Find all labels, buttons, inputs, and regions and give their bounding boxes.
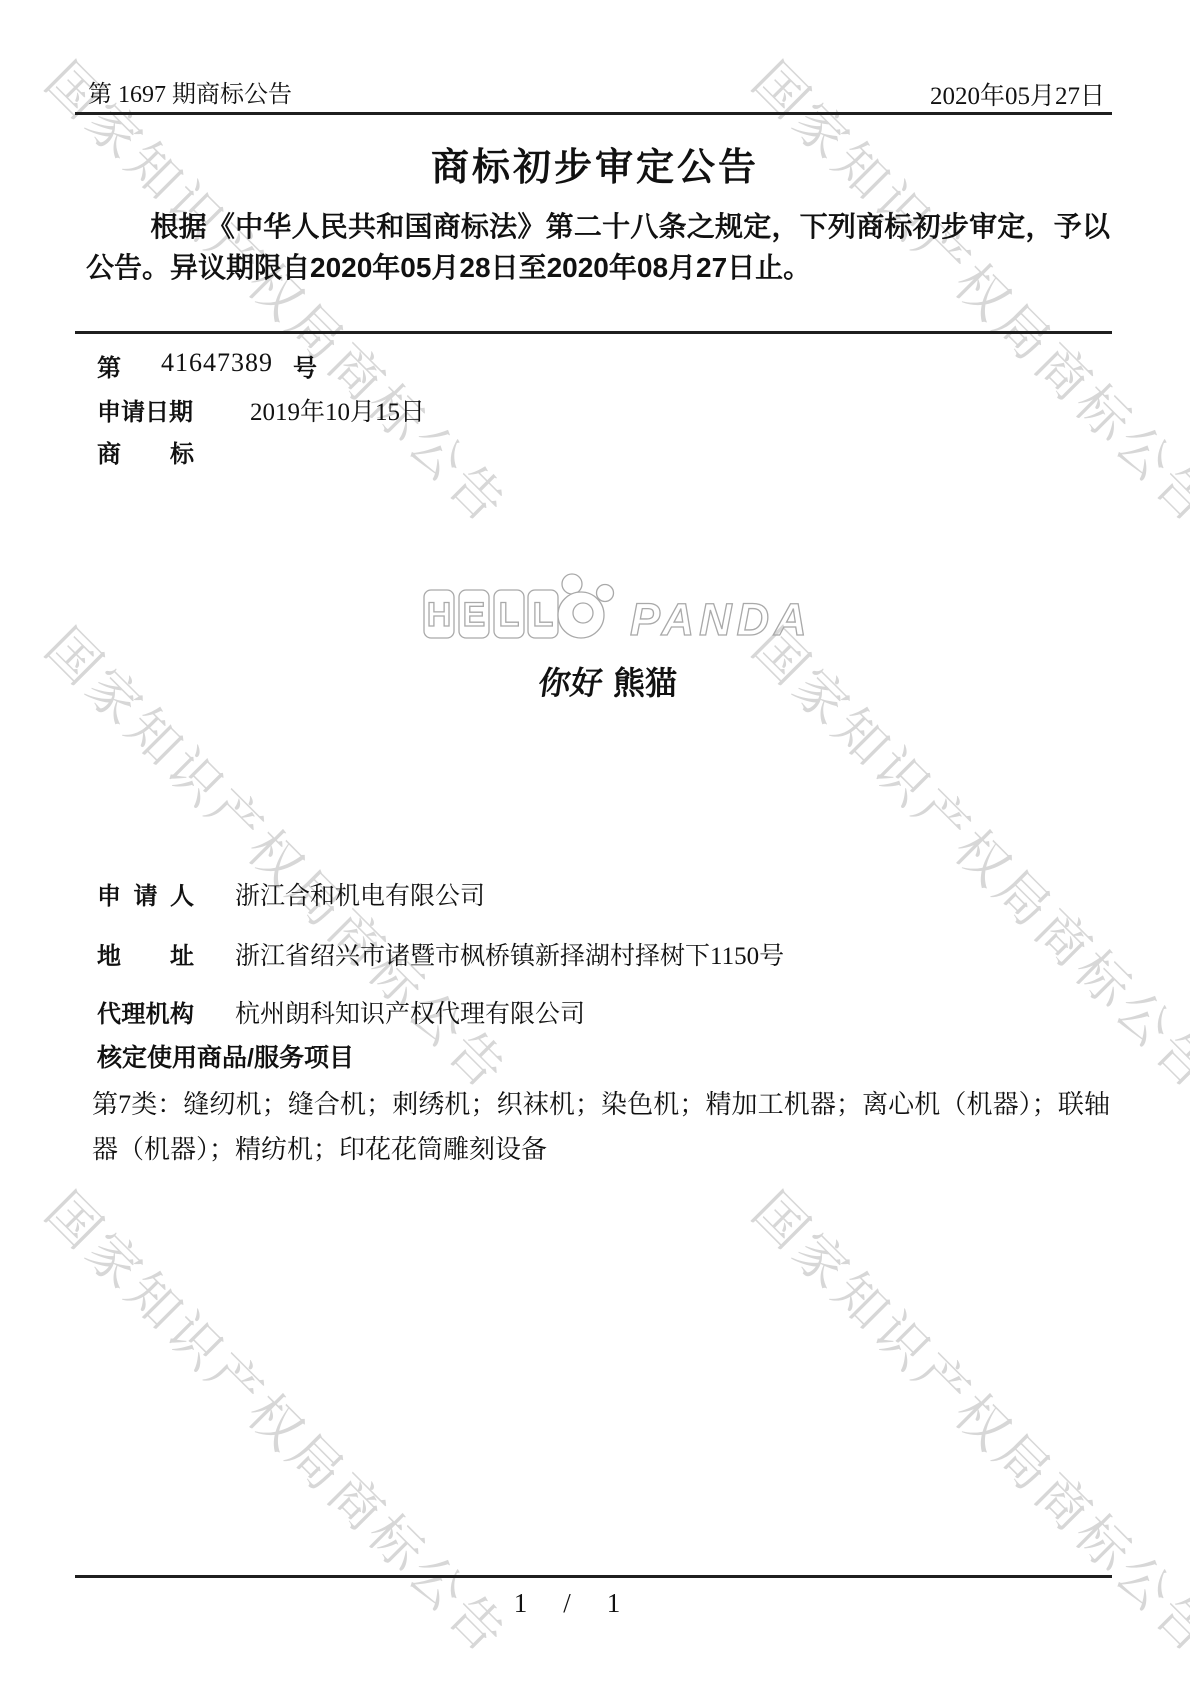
- panda-word-text: PANDA: [630, 594, 812, 645]
- registration-prefix: 第: [97, 348, 121, 383]
- document-page: 国家知识产权局商标公告 国家知识产权局商标公告 国家知识产权局商标公告 国家知识…: [0, 0, 1190, 1684]
- application-date-label: 申请日期: [97, 392, 193, 427]
- agency-value: 杭州朗科知识产权代理有限公司: [235, 994, 585, 1030]
- address-value: 浙江省绍兴市诸暨市枫桥镇新择湖村择树下1150号: [235, 936, 784, 972]
- separator-rule: [75, 331, 1112, 334]
- current-page: 1: [514, 1588, 528, 1619]
- content-layer: 第 1697 期商标公告 2020年05月27日 商标初步审定公告 根据《中华人…: [0, 0, 1190, 1684]
- hello-letter: L: [533, 596, 554, 634]
- address-label: 地址: [97, 936, 194, 971]
- application-date-value: 2019年10月15日: [250, 392, 425, 428]
- trademark-logo: H E L L PANDA: [423, 570, 813, 652]
- application-date-row: 申请日期 2019年10月15日: [0, 392, 1190, 422]
- page-title: 商标初步审定公告: [0, 136, 1190, 191]
- hello-letter-boxes: H E L L: [424, 590, 558, 638]
- trademark-label-row: 商标: [0, 434, 1190, 464]
- gazette-date: 2020年05月27日: [930, 76, 1105, 112]
- hello-letter: H: [427, 596, 452, 634]
- trademark-chinese-name: 你好熊猫: [539, 658, 677, 704]
- address-row: 地址 浙江省绍兴市诸暨市枫桥镇新择湖村择树下1150号: [0, 936, 1190, 966]
- page-separator: /: [563, 1588, 571, 1619]
- page-number: 1 / 1: [0, 1588, 1162, 1619]
- applicant-row: 申请人 浙江合和机电有限公司: [0, 876, 1190, 906]
- applicant-value: 浙江合和机电有限公司: [235, 876, 485, 912]
- intro-paragraph: 根据《中华人民共和国商标法》第二十八条之规定，下列商标初步审定，予以公告。异议期…: [86, 206, 1110, 288]
- total-pages: 1: [607, 1588, 621, 1619]
- trademark-chinese-panda: 熊猫: [613, 665, 677, 701]
- applicant-label: 申请人: [97, 876, 194, 911]
- agency-label: 代理机构: [97, 994, 194, 1029]
- agency-row: 代理机构 杭州朗科知识产权代理有限公司: [0, 994, 1190, 1024]
- goods-heading: 核定使用商品/服务项目: [97, 1038, 354, 1074]
- header-rule: [75, 112, 1112, 115]
- footer-rule: [75, 1575, 1112, 1578]
- registration-number-row: 第 41647389 号: [0, 348, 1190, 378]
- hello-letter: L: [499, 596, 520, 634]
- trademark-chinese-hello: 你好: [536, 658, 606, 704]
- goods-text: 第7类：缝纫机；缝合机；刺绣机；织袜机；染色机；精加工机器；离心机（机器）；联轴…: [92, 1082, 1110, 1172]
- registration-number: 41647389: [161, 348, 273, 378]
- trademark-label: 商标: [97, 434, 194, 469]
- registration-suffix: 号: [293, 348, 317, 383]
- panda-head-icon: [558, 574, 614, 638]
- hello-letter: E: [463, 596, 486, 634]
- gazette-issue-label: 第 1697 期商标公告: [88, 74, 292, 109]
